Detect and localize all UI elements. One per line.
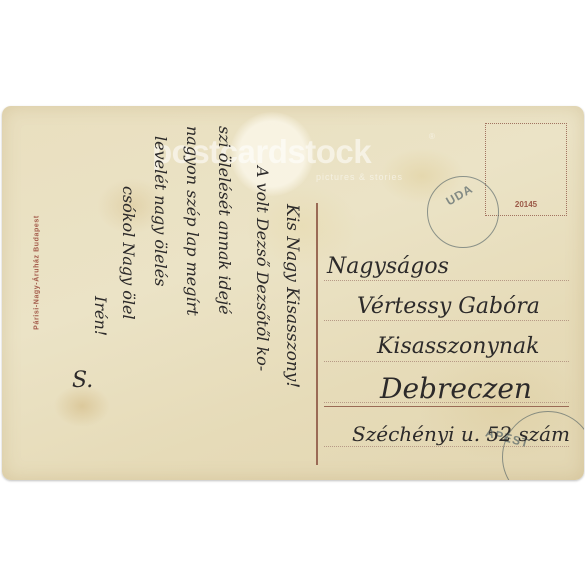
message-line: szi ölelését annak idejé: [215, 126, 234, 315]
address-line-main: [324, 406, 569, 407]
postcard-back: postcardstock ® pictures & stories Páris…: [2, 106, 584, 480]
message-line: Kis Nagy Kisasszony!: [282, 204, 302, 388]
message-line: Irén!: [91, 296, 110, 336]
publisher-imprint: Párisi-Nagy-Áruház Budapest: [34, 188, 41, 358]
address-salutation: Nagyságos: [327, 254, 449, 279]
address-title: Kisasszonynak: [377, 334, 540, 359]
message-line: A volt Dezső Dezsőtől ko-: [253, 166, 272, 371]
message-signature: S.: [72, 368, 93, 393]
address-line: [324, 361, 569, 362]
divider-line: [316, 203, 318, 465]
message-line: levelét nagy ölelés: [151, 136, 170, 286]
watermark-registered: ®: [429, 132, 435, 141]
address-city: Debreczen: [380, 372, 532, 405]
address-street: Széchényi u. 52 szám: [352, 422, 570, 446]
message-line: csókol Nagy ölel: [119, 186, 138, 320]
address-line: [324, 320, 569, 321]
address-line: [324, 280, 569, 281]
watermark-tagline: pictures & stories: [316, 172, 403, 182]
address-name: Vértessy Gabóra: [357, 294, 540, 319]
message-line: nagyon szép lap megírt: [183, 126, 202, 316]
